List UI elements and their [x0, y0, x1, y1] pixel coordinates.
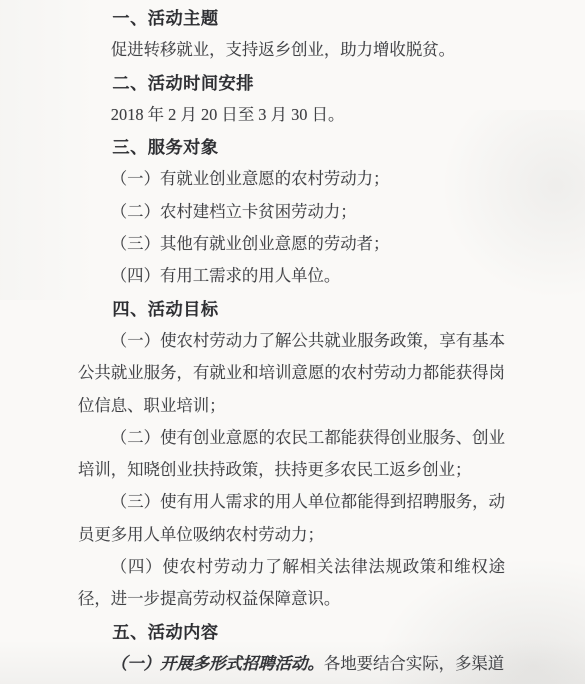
paragraph-goal-3: （三）使有用人需求的用人单位都能得到招聘服务，动员更多用人单位吸纳农村劳动力；: [78, 486, 505, 551]
document-body: 一、活动主题 促进转移就业，支持返乡创业，助力增收脱贫。 二、活动时间安排 20…: [78, 2, 505, 680]
section-heading-activity-goals: 四、活动目标: [78, 293, 505, 325]
paragraph-goal-4: （四）使农村劳动力了解相关法律法规政策和维权途径，进一步提高劳动权益保障意识。: [78, 551, 505, 616]
paragraph-content-1: （一）开展多形式招聘活动。各地要结合实际，多渠道: [78, 648, 505, 680]
section-heading-schedule: 二、活动时间安排: [78, 67, 505, 99]
document-page: 一、活动主题 促进转移就业，支持返乡创业，助力增收脱贫。 二、活动时间安排 20…: [0, 0, 585, 684]
paragraph-target-2: （二）农村建档立卡贫困劳动力；: [78, 196, 505, 228]
paragraph-target-3: （三）其他有就业创业意愿的劳动者；: [78, 228, 505, 260]
paragraph-goal-2: （二）使有创业意愿的农民工都能获得创业服务、创业培训，知晓创业扶持政策，扶持更多…: [78, 422, 505, 487]
section-heading-activity-content: 五、活动内容: [78, 616, 505, 648]
paragraph-target-4: （四）有用工需求的用人单位。: [78, 260, 505, 292]
paragraph-dates: 2018 年 2 月 20 日至 3 月 30 日。: [78, 99, 505, 131]
paragraph-theme: 促进转移就业，支持返乡创业，助力增收脱贫。: [78, 34, 505, 66]
paragraph-target-1: （一）有就业创业意愿的农村劳动力；: [78, 163, 505, 195]
paragraph-goal-1: （一）使农村劳动力了解公共就业服务政策，享有基本公共就业服务，有就业和培训意愿的…: [78, 325, 505, 422]
paragraph-content-1-rest: 各地要结合实际，多渠道: [324, 654, 504, 673]
section-heading-activity-theme: 一、活动主题: [78, 2, 505, 34]
paragraph-content-1-lead: （一）开展多形式招聘活动。: [111, 654, 324, 673]
section-heading-service-targets: 三、服务对象: [78, 131, 505, 163]
